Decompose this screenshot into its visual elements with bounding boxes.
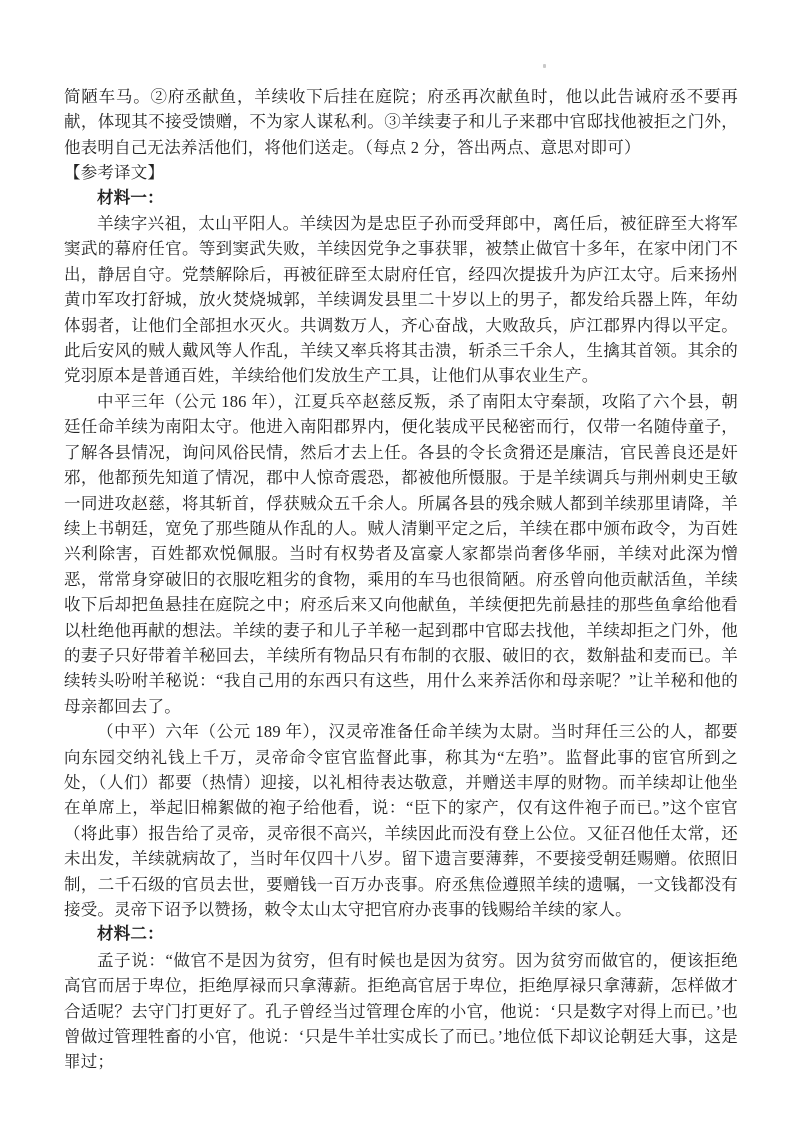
material-one-paragraph-1: 羊续字兴祖，太山平阳人。羊续因为是忠臣子孙而受拜郎中，离任后，被征辟至大将军窦武… <box>64 211 738 389</box>
material-two-paragraph-1: 孟子说：“做官不是因为贫穷，但有时候也是因为贫穷。因为贫穷而做官的，便该拒绝高官… <box>64 948 738 1075</box>
answer-continuation-paragraph: 简陋车马。②府丞献鱼，羊续收下后挂在庭院；府丞再次献鱼时，他以此告诫府丞不要再献… <box>64 84 738 160</box>
reference-translation-label: 【参考译文】 <box>64 160 738 185</box>
document-page: 简陋车马。②府丞献鱼，羊续收下后挂在庭院；府丞再次献鱼时，他以此告诫府丞不要再献… <box>0 0 800 1132</box>
scan-speck <box>543 64 546 68</box>
material-two-heading: 材料二： <box>64 922 738 947</box>
material-one-paragraph-2: 中平三年（公元 186 年），江夏兵卒赵慈反叛，杀了南阳太守秦颉，攻陷了六个县，… <box>64 389 738 719</box>
material-one-paragraph-3: （中平）六年（公元 189 年），汉灵帝准备任命羊续为太尉。当时拜任三公的人，都… <box>64 719 738 922</box>
text-block: 简陋车马。②府丞献鱼，羊续收下后挂在庭院；府丞再次献鱼时，他以此告诫府丞不要再献… <box>64 84 738 1075</box>
material-one-heading: 材料一： <box>64 186 738 211</box>
